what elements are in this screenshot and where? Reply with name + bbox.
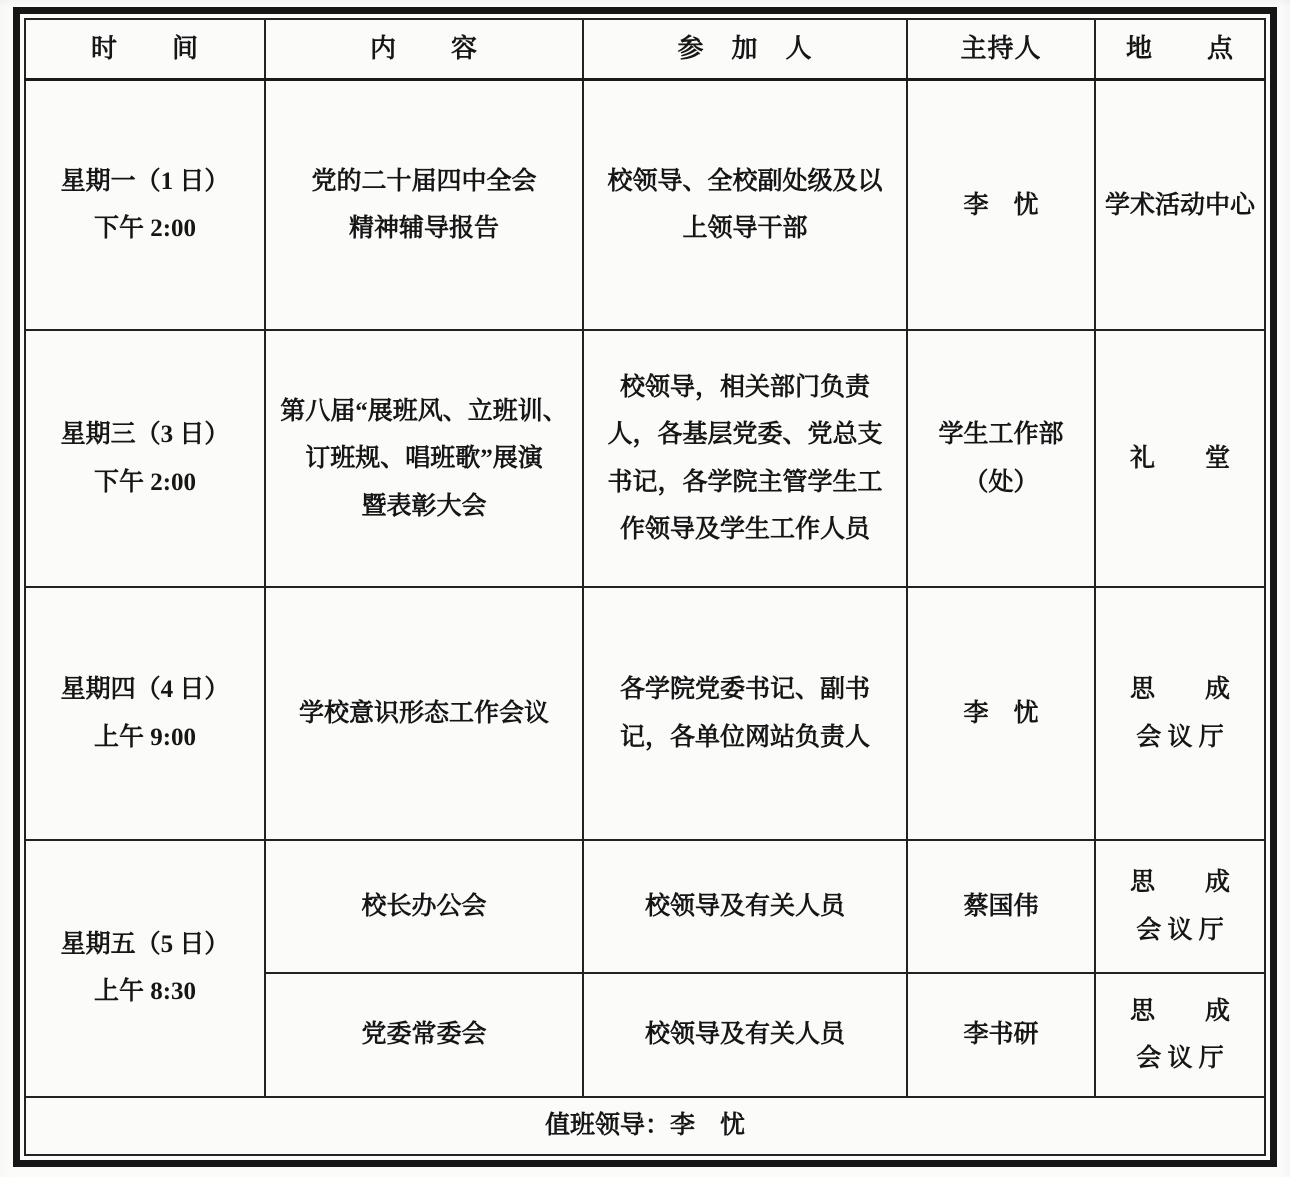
host-cell: 李 忧 <box>907 80 1095 331</box>
time-cell: 星期四（4 日） 上午 9:00 <box>25 587 265 840</box>
participants-cell: 校领导、全校副处级及以 上领导干部 <box>583 80 907 331</box>
participants-cell: 校领导及有关人员 <box>583 973 907 1096</box>
location-cell: 学术活动中心 <box>1095 80 1265 331</box>
participants-cell: 各学院党委书记、副书 记，各单位网站负责人 <box>583 587 907 840</box>
table-row-wednesday: 星期三（3 日） 下午 2:00 第八届“展班风、立班训、 订班规、唱班歌”展演… <box>25 330 1265 587</box>
location-cell: 思 成 会 议 厅 <box>1095 840 1265 973</box>
header-location: 地 点 <box>1095 19 1265 80</box>
location-cell: 礼 堂 <box>1095 330 1265 587</box>
content-cell: 党的二十届四中全会 精神辅导报告 <box>265 80 583 331</box>
table-row-monday: 星期一（1 日） 下午 2:00 党的二十届四中全会 精神辅导报告 校领导、全校… <box>25 80 1265 331</box>
host-cell: 学生工作部 （处） <box>907 330 1095 587</box>
content-cell: 第八届“展班风、立班训、 订班规、唱班歌”展演 暨表彰大会 <box>265 330 583 587</box>
scanned-schedule-page: 时 间 内 容 参 加 人 主持人 地 点 星期一（1 日） 下午 2:00 党… <box>0 0 1290 1177</box>
host-cell: 李 忧 <box>907 587 1095 840</box>
content-cell: 校长办公会 <box>265 840 583 973</box>
table-outer-frame: 时 间 内 容 参 加 人 主持人 地 点 星期一（1 日） 下午 2:00 党… <box>13 7 1277 1167</box>
header-time: 时 间 <box>25 19 265 80</box>
header-participants: 参 加 人 <box>583 19 907 80</box>
host-cell: 李书研 <box>907 973 1095 1096</box>
table-row-friday-1: 星期五（5 日） 上午 8:30 校长办公会 校领导及有关人员 蔡国伟 思 成 … <box>25 840 1265 973</box>
table-row-thursday: 星期四（4 日） 上午 9:00 学校意识形态工作会议 各学院党委书记、副书 记… <box>25 587 1265 840</box>
location-cell: 思 成 会 议 厅 <box>1095 587 1265 840</box>
participants-cell: 校领导，相关部门负责 人，各基层党委、党总支 书记，各学院主管学生工 作领导及学… <box>583 330 907 587</box>
time-cell: 星期一（1 日） 下午 2:00 <box>25 80 265 331</box>
host-cell: 蔡国伟 <box>907 840 1095 973</box>
header-host: 主持人 <box>907 19 1095 80</box>
weekly-schedule-table: 时 间 内 容 参 加 人 主持人 地 点 星期一（1 日） 下午 2:00 党… <box>24 18 1266 1156</box>
content-cell: 党委常委会 <box>265 973 583 1096</box>
time-cell-friday-merged: 星期五（5 日） 上午 8:30 <box>25 840 265 1097</box>
location-cell: 思 成 会 议 厅 <box>1095 973 1265 1096</box>
header-content: 内 容 <box>265 19 583 80</box>
time-cell: 星期三（3 日） 下午 2:00 <box>25 330 265 587</box>
footer-row: 值班领导：李 忧 <box>25 1097 1265 1155</box>
duty-leader-cell: 值班领导：李 忧 <box>25 1097 1265 1155</box>
participants-cell: 校领导及有关人员 <box>583 840 907 973</box>
header-row: 时 间 内 容 参 加 人 主持人 地 点 <box>25 19 1265 80</box>
content-cell: 学校意识形态工作会议 <box>265 587 583 840</box>
